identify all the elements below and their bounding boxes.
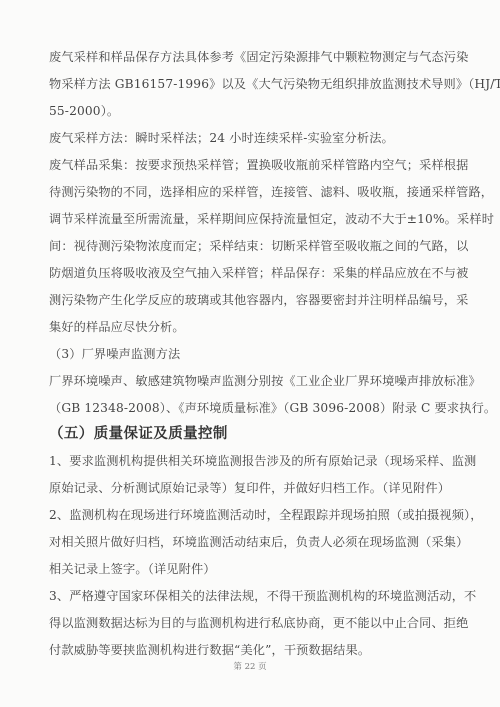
paragraph-line: 测污染物产生化学反应的玻璃或其他容器内，容器要密封并注明样品编号，采 xyxy=(49,293,468,307)
paragraph-line: 相关记录上签字。（详见附件） xyxy=(49,562,216,576)
subsection-title: （3）厂界噪声监测方法 xyxy=(49,347,180,361)
paragraph-line: 得以监测数据达标为目的与监测机构进行私底协商，更不能以中止合同、拒绝 xyxy=(49,616,468,630)
paragraph-line: 废气采样和样品保存方法具体参考《固定污染源排气中颗粒物测定与气态污染 xyxy=(49,50,468,64)
section-heading: （五）质量保证及质量控制 xyxy=(49,422,228,443)
paragraph-line: 厂界环境噪声、敏感建筑物噪声监测分别按《工业企业厂界环境噪声排放标准》 xyxy=(49,374,481,388)
paragraph-line: 1、要求监测机构提供相关环境监测报告涉及的所有原始记录（现场采样、监测 xyxy=(49,454,476,468)
paragraph-line: （GB 12348-2008）、《声环境质量标准》（GB 3096-2008）附… xyxy=(49,401,496,415)
paragraph-line: 待测污染物的不同，选择相应的采样管，连接管、滤料、吸收瓶，接通采样管路， xyxy=(49,185,493,199)
paragraph-line: 2、监测机构在现场进行环境监测活动时，全程跟踪并现场拍照（或拍摄视频）， xyxy=(49,508,483,522)
paragraph-line: 3、严格遵守国家环保相关的法律法规，不得干预监测机构的环境监测活动，不 xyxy=(49,589,476,603)
paragraph-line: 对相关照片做好归档，环境监测活动结束后，负责人必须在现场监测（采集） xyxy=(49,535,468,549)
paragraph-line: 废气样品采集：按要求预热采样管；置换吸收瓶前采样管路内空气；采样根据 xyxy=(49,158,468,172)
paragraph-line: 集好的样品应尽快分析。 xyxy=(49,320,185,334)
paragraph-line: 防烟道负压将吸收液及空气抽入采样管；样品保存：采集的样品应放在不与被 xyxy=(49,266,468,280)
paragraph-line: 废气采样方法：瞬时采样法；24 小时连续采样-实验室分析法。 xyxy=(49,131,394,145)
paragraph-line: 原始记录、分析测试原始记录等）复印件，并做好归档工作。（详见附件） xyxy=(49,481,450,495)
paragraph-line: 调节采样流量至所需流量，采样期间应保持流量恒定，波动不大于±10%。采样时 xyxy=(49,212,494,226)
paragraph-line: 55-2000）。 xyxy=(49,104,119,118)
paragraph-line: 间：视待测污染物浓度而定；采样结束：切断采样管至吸收瓶之间的气路，以 xyxy=(49,239,468,253)
page-number: 第 22 页 xyxy=(0,660,500,672)
paragraph-line: 付款威胁等要挟监测机构进行数据“美化”，干预数据结果。 xyxy=(49,643,370,657)
paragraph-line: 物采样方法 GB16157-1996》以及《大气污染物无组织排放监测技术导则》（… xyxy=(49,77,500,91)
